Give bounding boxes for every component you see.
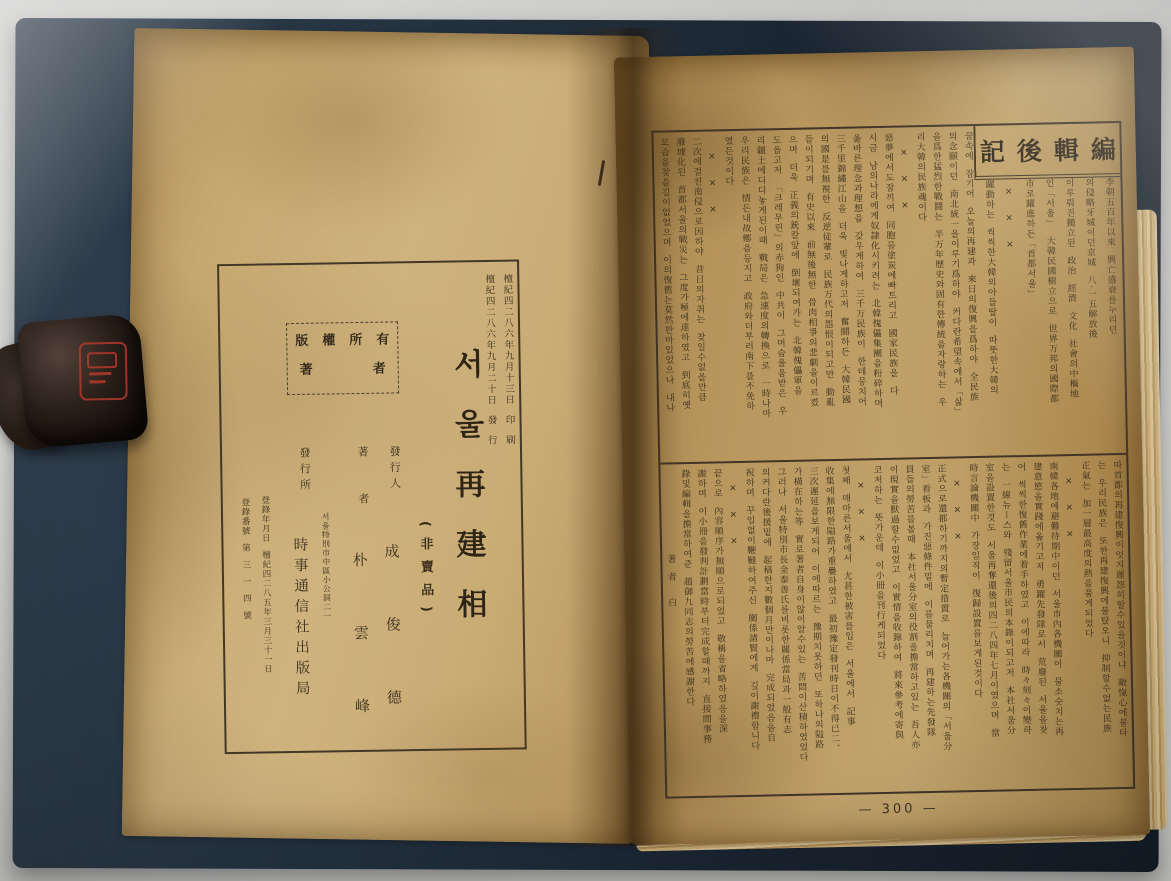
colophon-box: 檀紀四二八六年九月十三日 印 刷 檀紀四二八六年九月二十日 發 行 서울再建相 … [217, 259, 527, 754]
photo-of-open-book: 檀紀四二八六年九月十三日 印 刷 檀紀四二八六年九月二十日 發 行 서울再建相 … [0, 0, 1171, 881]
copyright-box: 版權所有 著 者 [286, 321, 399, 395]
red-seal-mark [79, 342, 128, 401]
publisher-address: 서울特別市中區小公洞二一 [320, 512, 333, 620]
seal-stamp-object [17, 313, 150, 449]
not-for-sale-label: (非賣品) [415, 521, 436, 622]
section-title: 編輯後記 [979, 130, 1128, 169]
publisher-person-name: 成俊德 [381, 543, 405, 762]
author-label: 著者 [354, 446, 371, 540]
book-title: 서울再建相 [442, 348, 491, 649]
section-title-box: 編輯後記 [973, 123, 1120, 180]
publisher-label: 發行所 [296, 447, 313, 495]
author-mark-row: 著 者 [296, 357, 390, 377]
copyright-text: 版權所有 [295, 328, 403, 349]
publisher-person-label: 發行人 [386, 445, 403, 493]
right-page: 編輯後記 李朝五百年以來 興亡盛衰를누리던의侵略牙城이던京城 八·一五解放後이루… [614, 47, 1150, 846]
copyright-author-first-char: 著 [300, 359, 313, 378]
registration-date: 登錄年月日 檀紀四二八五年三月三十一日 [259, 495, 274, 674]
registration-number: 登錄番號 第 三 一 四 號 [239, 498, 253, 621]
top-section-short-columns: 李朝五百年以來 興亡盛衰를누리던의侵略牙城이던京城 八·一五解放後이루뤄진獨立된… [976, 177, 1124, 456]
bottom-section-columns: 따首都의再建復興이엇지遲怨히할수있을것이냐 敵愾心에불타는 우리民族은 또한再建… [662, 460, 1131, 792]
copyright-author-second-char: 者 [373, 358, 386, 377]
publisher-name: 時事通信社出版局 [289, 537, 313, 701]
page-number: — 300 — [666, 797, 1132, 822]
print-date: 檀紀四二八六年九月十三日 印 刷 [499, 274, 516, 446]
text-frame: 編輯後記 李朝五百年以來 興亡盛衰를누리던의侵略牙城이던京城 八·一五解放後이루… [651, 121, 1135, 799]
author-name: 朴雲峰 [350, 552, 374, 771]
top-section-columns: 꿈속에 잠기어 오늘의再建과 來日의復興을爲하야 全民族의念願이던 南北統一을이… [655, 131, 982, 464]
left-page: 檀紀四二八六年九月十三日 印 刷 檀紀四二八六年九月二十日 發 行 서울再建相 … [122, 28, 650, 844]
